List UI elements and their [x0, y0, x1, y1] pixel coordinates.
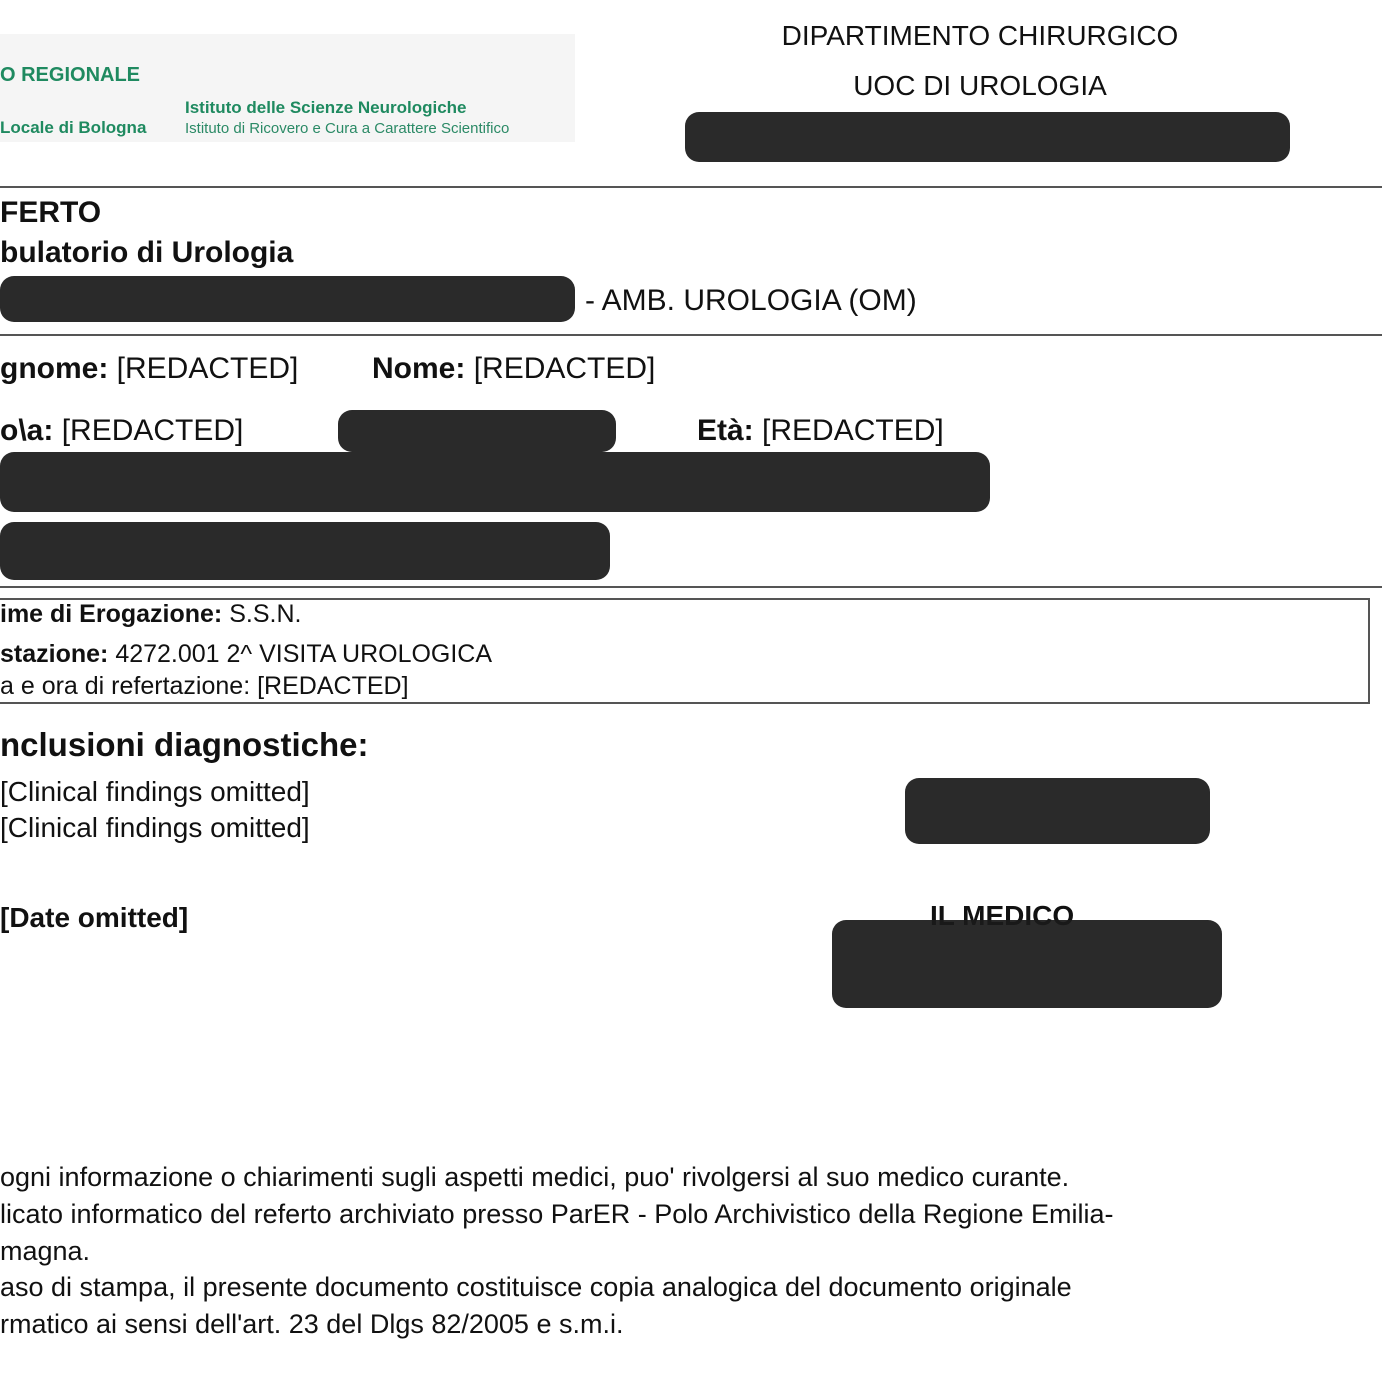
- conclusions-line: [Clinical findings omitted]: [0, 776, 310, 808]
- redaction-bar: [905, 778, 1210, 844]
- redaction-bar: [0, 276, 575, 322]
- footer-line: licato informatico del referto archiviat…: [0, 1199, 1113, 1230]
- surname-value: [REDACTED]: [117, 352, 299, 385]
- report-subtitle: bulatorio di Urologia: [0, 236, 293, 270]
- name-value: [REDACTED]: [474, 352, 656, 385]
- prestazione-label: stazione:: [0, 640, 108, 668]
- logo-institute-subtext: Istituto di Ricovero e Cura a Carattere …: [185, 120, 509, 137]
- age-value: [REDACTED]: [762, 414, 944, 447]
- surname-label: gnome:: [0, 352, 108, 385]
- redaction-bar: [685, 112, 1290, 162]
- redaction-bar: [0, 522, 610, 580]
- birthplace-value: [REDACTED]: [62, 414, 244, 447]
- divider: [0, 586, 1382, 588]
- footer-line: magna.: [0, 1236, 90, 1267]
- report-title: FERTO: [0, 196, 101, 230]
- redaction-bar: [0, 452, 990, 512]
- name-label: Nome:: [372, 352, 465, 385]
- datetime-value: [REDACTED]: [257, 672, 408, 700]
- signature-date: [Date omitted]: [0, 902, 188, 934]
- regime-value: S.S.N.: [229, 600, 301, 628]
- datetime-label: a e ora di refertazione:: [0, 672, 250, 700]
- regime-label: ime di Erogazione:: [0, 600, 222, 628]
- footer-line: ogni informazione o chiarimenti sugli as…: [0, 1162, 1069, 1193]
- footer-line: rmatico ai sensi dell'art. 23 del Dlgs 8…: [0, 1309, 623, 1340]
- logo-region-text: O REGIONALE: [0, 64, 140, 87]
- institution-logo: O REGIONALE Locale di Bologna Istituto d…: [0, 34, 575, 142]
- divider: [0, 186, 1382, 188]
- redaction-bar: [338, 410, 616, 452]
- redaction-bar: [832, 920, 1222, 1008]
- conclusions-line: [Clinical findings omitted]: [0, 812, 310, 844]
- birthplace-label: o\a:: [0, 414, 53, 447]
- unit-title: UOC DI UROLOGIA: [680, 70, 1280, 102]
- age-label: Età:: [697, 414, 754, 447]
- department-title: DIPARTIMENTO CHIRURGICO: [680, 20, 1280, 52]
- logo-local-text: Locale di Bologna: [0, 118, 146, 138]
- prestazione-value: 4272.001 2^ VISITA UROLOGICA: [115, 640, 492, 668]
- location-text: - AMB. UROLOGIA (OM): [585, 284, 917, 318]
- footer-line: aso di stampa, il presente documento cos…: [0, 1272, 1072, 1303]
- conclusions-heading: nclusioni diagnostiche:: [0, 726, 369, 764]
- divider: [0, 334, 1382, 336]
- logo-institute-text: Istituto delle Scienze Neurologiche: [185, 98, 467, 118]
